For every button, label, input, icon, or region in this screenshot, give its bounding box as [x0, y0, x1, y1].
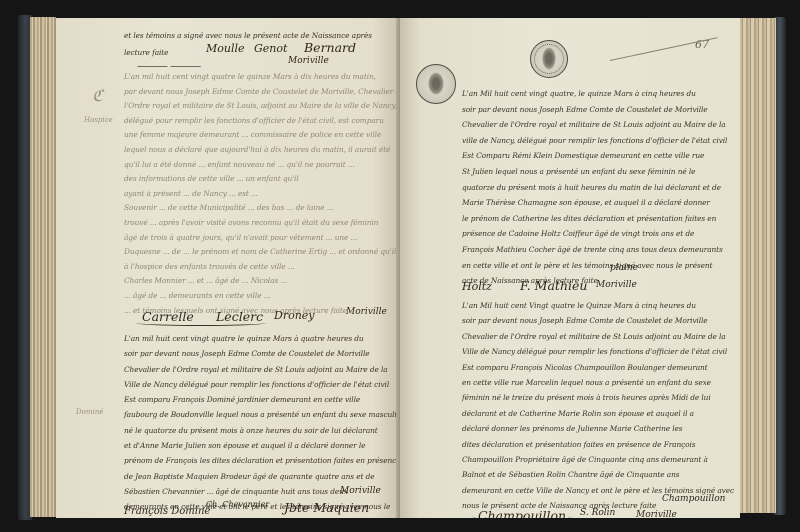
text-line: Duquesne ... de ... le prénom et nom de …	[124, 245, 400, 260]
text-line: trouvé ... après l'avoir visité avons re…	[124, 216, 400, 231]
text-line: Chevalier de l'Ordre royal et militaire …	[124, 362, 400, 377]
signature-plaine: plaine	[610, 263, 638, 273]
signature-maquien: Jbte Maquien	[284, 500, 369, 515]
text-line: François Mathieu Cocher âgé de trente ci…	[462, 242, 727, 258]
text-line: quatorze du présent mois à huit heures d…	[462, 180, 727, 196]
text-line: lequel nous a déclaré que aujourd'hui à …	[124, 143, 400, 158]
margin-note-domine: Dominé	[76, 408, 103, 416]
text-line: St Julien lequel nous a présenté un enfa…	[462, 164, 727, 180]
text-line: une femme majeure demeurant ... commissa…	[124, 128, 400, 143]
text-line: en cette ville et ont le père et les tém…	[462, 258, 727, 274]
text-line: féminin né le treize du présent mois à t…	[462, 390, 734, 405]
text-line: Ville de Nancy délégué pour remplir les …	[462, 344, 734, 359]
text-line: par devant nous Joseph Edme Comte de Cou…	[124, 85, 400, 100]
signature-moriville: Moriville	[288, 56, 329, 66]
signature-moulle: Moulle	[206, 42, 245, 55]
signature-champouillon-inline: Champouillon	[662, 494, 725, 504]
text-line: soir par devant nous Joseph Edme Comte d…	[124, 346, 400, 361]
text-line: le prénom de Catherine les dites déclara…	[462, 211, 727, 227]
text-line: dites déclaration et présentation faites…	[462, 437, 734, 452]
text-line: Est Comparu Rémi Klein Domestique demeur…	[462, 148, 727, 164]
text-line: L'an mil huit cent vingt quatre le quinz…	[124, 70, 400, 85]
text-line: L'an Mil huit cent Vingt quatre le Quinz…	[462, 298, 734, 313]
right-entry-2: L'an Mil huit cent Vingt quatre le Quinz…	[462, 298, 734, 514]
text-line: et d'Anne Marie Julien son épouse et auq…	[124, 438, 400, 453]
signature-genot: Genot	[254, 42, 287, 55]
signature-francois-domine: François Dominé	[124, 506, 210, 517]
margin-flourish: ℭ	[92, 86, 103, 105]
text-line: prénom de François les dites déclaration…	[124, 453, 400, 468]
text-line: Marie Thérèse Chamagne son épouse, et au…	[462, 195, 727, 211]
signature-mathieu: F. Mathieu	[520, 278, 587, 293]
signature-flourish	[472, 510, 572, 518]
text-line: des informations de cette ville ... un e…	[124, 172, 400, 187]
text-line: qu'il lui a été donné ... enfant nouveau…	[124, 158, 400, 173]
text-line: né le quatorze du présent mois à onze he…	[124, 423, 400, 438]
signature-underline	[136, 320, 266, 326]
page-edges-right	[740, 18, 776, 513]
signature-moriville: Moriville	[636, 510, 677, 518]
text-line: Chevalier de l'Ordre royal et militaire …	[462, 117, 727, 133]
text-line: faubourg de Boudonville lequel nous a pr…	[124, 407, 400, 422]
text-line: soir par devant nous Joseph Edme Comte d…	[462, 313, 734, 328]
signature-moriville: Moriville	[596, 280, 637, 290]
text-line: à l'hospice des enfants trouvés de cette…	[124, 260, 400, 275]
text-line: Ville de Nancy délégué pour remplir les …	[124, 377, 400, 392]
open-register-book: et les témoins a signé avec nous le prés…	[18, 13, 786, 523]
text-line: Champouillon Propriétaire âgé de Cinquan…	[462, 452, 734, 467]
text-line: de Jean Baptiste Maquien Brodeur âgé de …	[124, 469, 400, 484]
figure-seal-icon	[416, 64, 456, 104]
text-line: Charles Monnier ... et ... âgé de ... Ni…	[124, 274, 400, 289]
faint-entry: L'an mil huit cent vingt quatre le quinz…	[124, 70, 400, 318]
stamp-seal-icon	[530, 40, 568, 78]
signature-droney: Droney	[274, 309, 315, 322]
signature-chevannier: Ch. Chevannier	[206, 500, 269, 509]
signature-rolin: S. Rolin	[580, 508, 615, 518]
text-line: ayant à présent ... de Nancy ... est ...	[124, 187, 400, 202]
signature-holtz: Holtz	[462, 280, 492, 293]
text-line: déclaré donner les prénoms de Julienne M…	[462, 421, 734, 436]
text-line: L'an Mil huit cent vingt quatre, le quin…	[462, 86, 727, 102]
text-line: l'Ordre royal et militaire de St Louis, …	[124, 99, 400, 114]
text-line: soir par devant nous Joseph Edme Comte d…	[462, 102, 727, 118]
text-line: en cette ville rue Marcelin lequel nous …	[462, 375, 734, 390]
page-edges-left	[30, 17, 56, 517]
text-line: âgé de trois à quatre jours, qu'il n'ava…	[124, 231, 400, 246]
right-entry-1: L'an Mil huit cent vingt quatre, le quin…	[462, 86, 727, 289]
signature-moriville: Moriville	[346, 307, 387, 317]
text-line: Souvenir ... de cette Municipalité ... d…	[124, 201, 400, 216]
left-page: et les témoins a signé avec nous le prés…	[56, 18, 400, 518]
text-line: Est comparu François Nicolas Champouillo…	[462, 360, 734, 375]
text-line: délégué pour remplir les fonctions d'off…	[124, 114, 400, 129]
signature-bernard: Bernard	[304, 40, 356, 55]
text-line: Est comparu François Dominé jardinier de…	[124, 392, 400, 407]
signature-moriville: Moriville	[340, 486, 381, 496]
text-line: présence de Cadoine Holtz Coiffeur âgé d…	[462, 226, 727, 242]
text-line: ... âgé de ... demeurants en cette ville…	[124, 289, 400, 304]
text-line: L'an mil huit cent vingt quatre le quinz…	[124, 331, 400, 346]
text-line: Chevalier de l'Ordre royal et militaire …	[462, 329, 734, 344]
text-line: déclarant et de Catherine Marie Rolin so…	[462, 406, 734, 421]
text-line: Balnot et de Sébastien Rolin Chantre âgé…	[462, 467, 734, 482]
text-line: ville de Nancy, délégué pour remplir les…	[462, 133, 727, 149]
margin-note-hospice: Hospice	[84, 116, 113, 124]
text-line: acte de Naissance après lecture faite	[462, 273, 727, 289]
right-page: 67 L'an Mil huit cent vingt quatre, le q…	[400, 18, 740, 518]
